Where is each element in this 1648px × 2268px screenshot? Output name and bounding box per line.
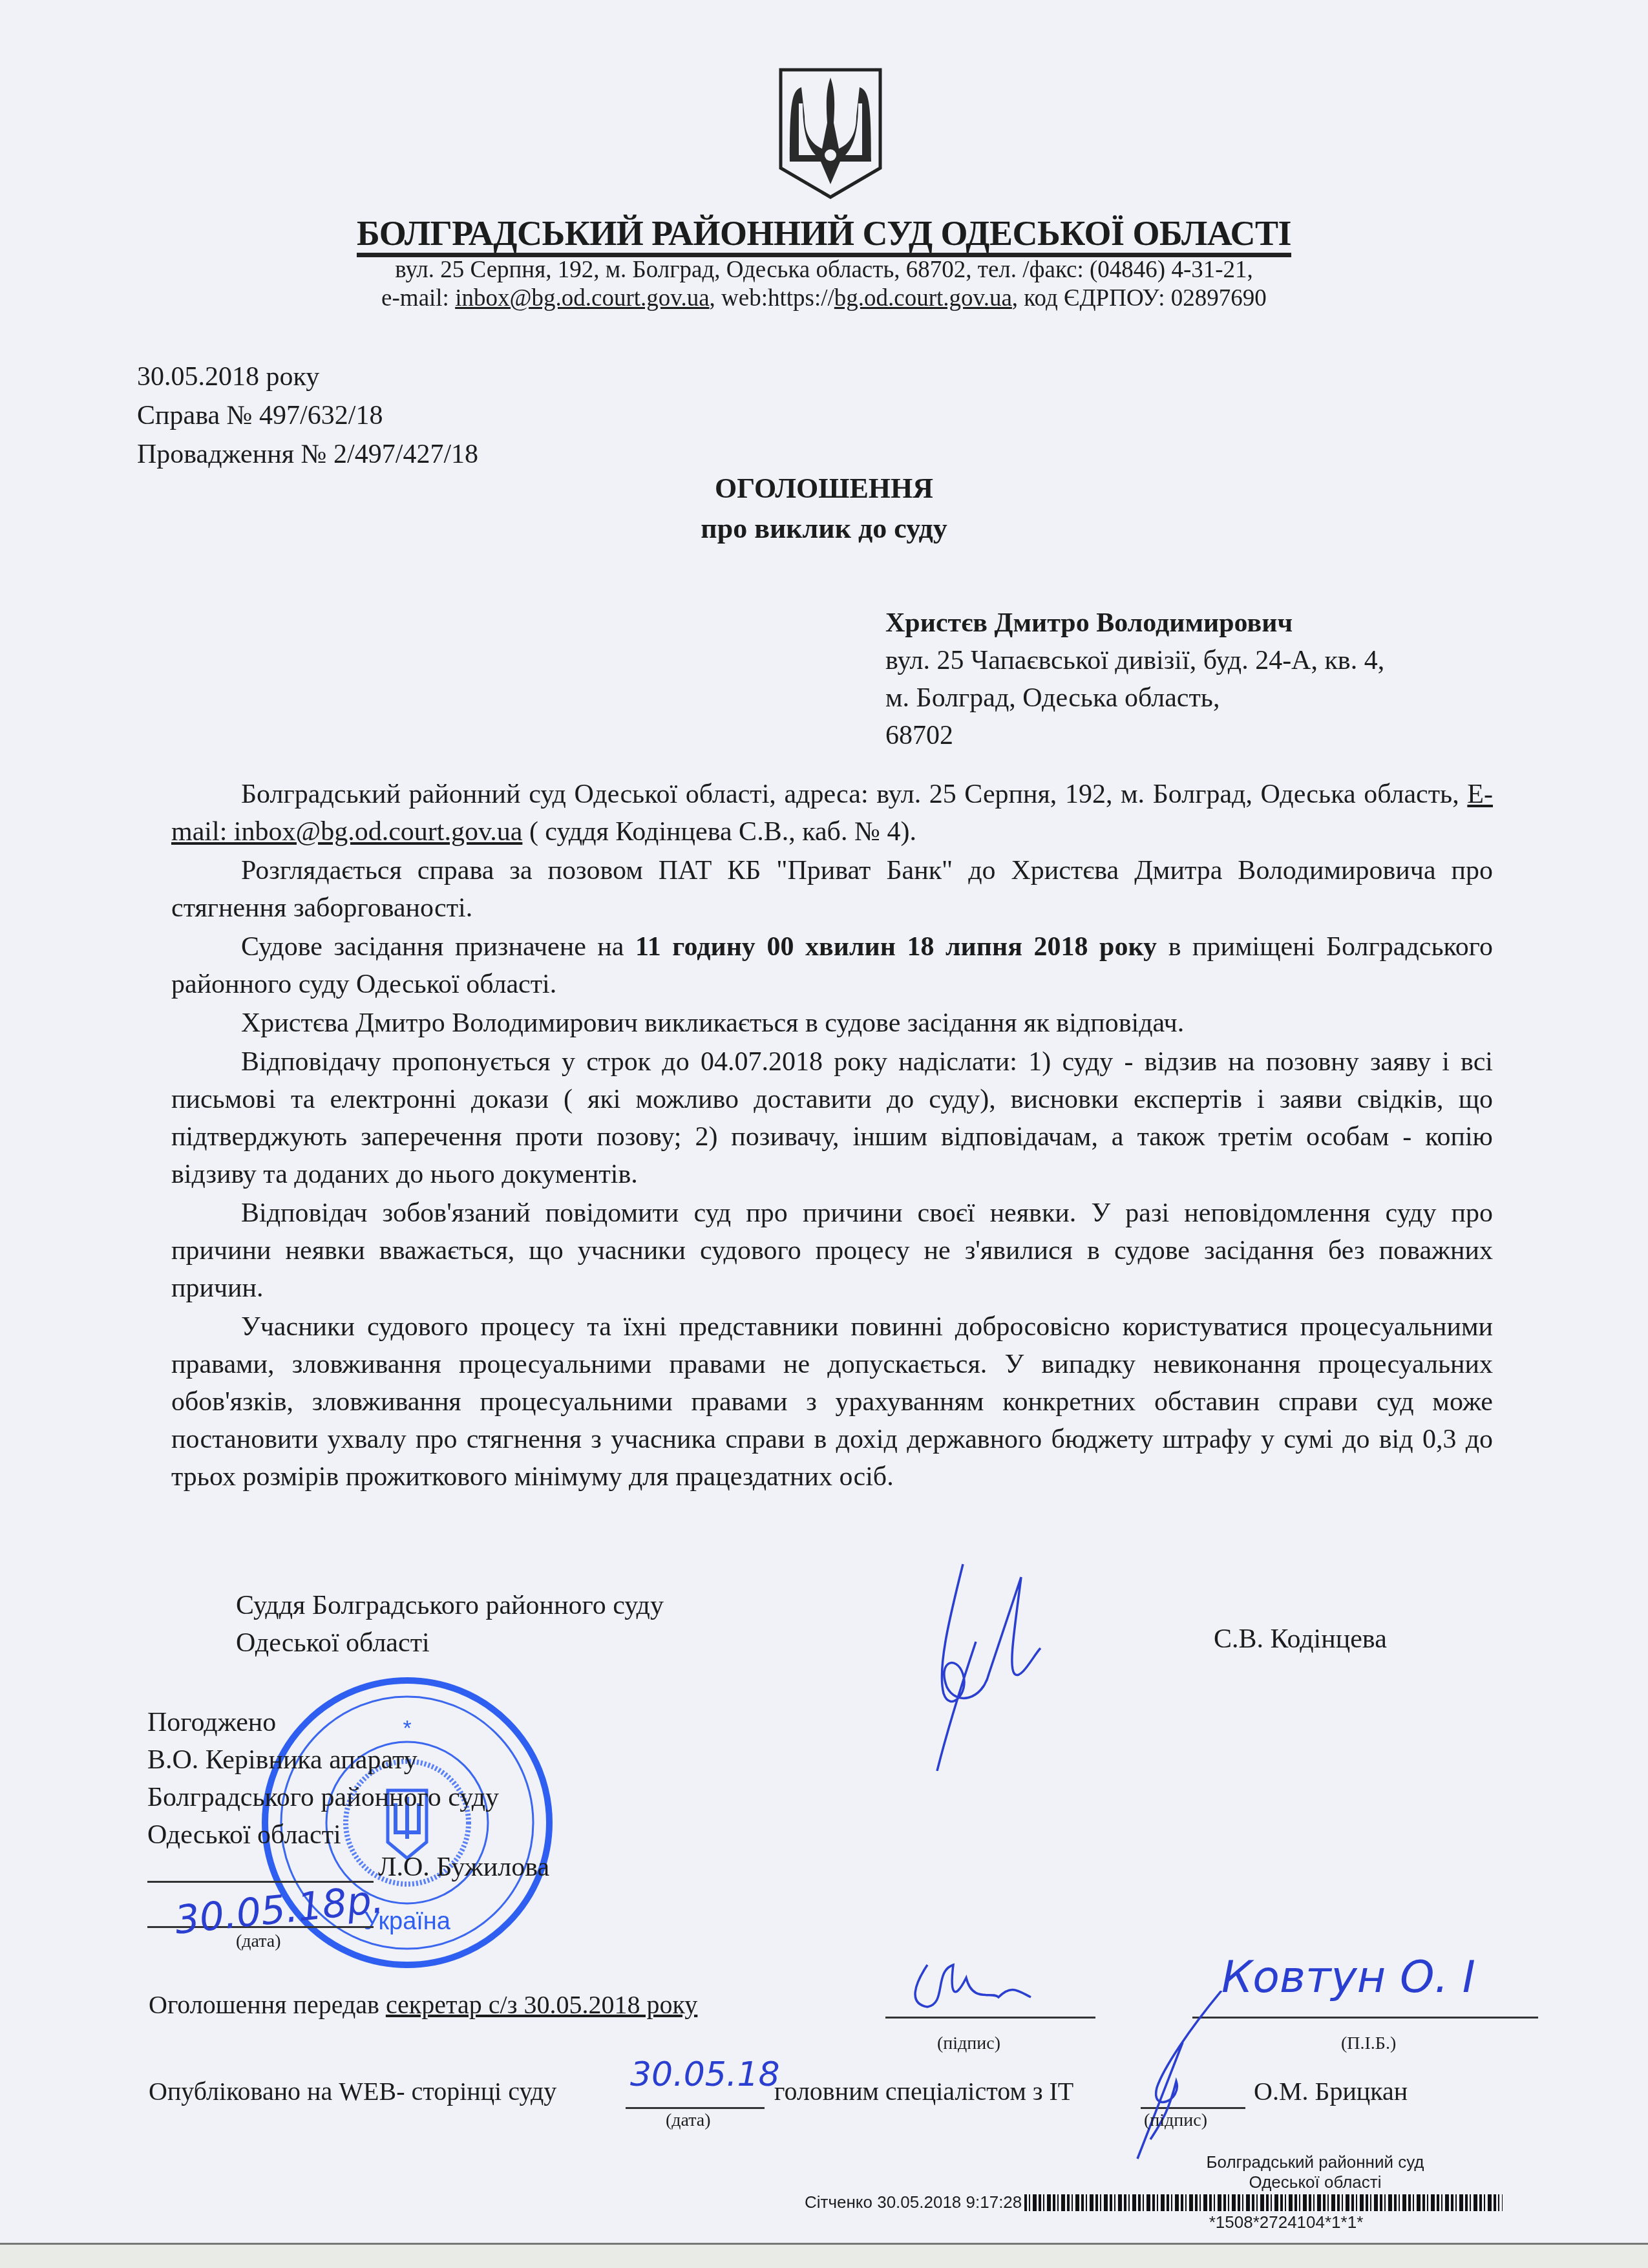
published-by: головним спеціалістом з ІТ xyxy=(774,2076,1073,2106)
page-bottom-edge xyxy=(0,2243,1648,2268)
paragraph-court-address: Болградський районний суд Одеської облас… xyxy=(171,776,1493,851)
hearing-datetime: 11 годину 00 хвилин 18 липня 2018 року xyxy=(635,932,1157,962)
recipient-city: м. Болград, Одеська область, xyxy=(885,679,1384,717)
recipient-zip: 68702 xyxy=(885,717,1384,754)
passed-by-value: секретар с/з 30.05.2018 року xyxy=(386,1990,697,2019)
paragraph-hearing: Судове засідання призначене на 11 годину… xyxy=(171,928,1493,1003)
paragraph-summons: Христєва Дмитро Володимирович викликаєть… xyxy=(171,1004,1493,1042)
published-handwritten-date: 30.05.18 xyxy=(630,2055,780,2094)
notice-title: ОГОЛОШЕННЯ xyxy=(0,469,1648,509)
passed-name-line xyxy=(1192,2017,1538,2019)
notice-body: Болградський районний суд Одеської облас… xyxy=(171,776,1493,1497)
paragraph-response-deadline: Відповідачу пропонується у строк до 04.0… xyxy=(171,1043,1493,1193)
proceeding-number: Провадження № 2/497/427/18 xyxy=(137,435,478,474)
court-contacts: e-mail: inbox@bg.od.court.gov.ua, web:ht… xyxy=(0,284,1648,312)
published-date-label: (дата) xyxy=(666,2110,711,2131)
judge-name: С.В. Кодінцева xyxy=(1214,1624,1387,1655)
case-number: Справа № 497/632/18 xyxy=(137,396,478,435)
trident-crest-icon xyxy=(776,65,885,200)
published-date-line xyxy=(626,2107,765,2109)
court-title: БОЛГРАДСЬКИЙ РАЙОННИЙ СУД ОДЕСЬКОЇ ОБЛАС… xyxy=(0,213,1648,253)
notice-subtitle: про виклик до суду xyxy=(0,509,1648,549)
passed-handwritten-name: Ковтун О. І xyxy=(1221,1952,1475,2003)
approval-date-label: (дата) xyxy=(236,1931,281,1952)
notice-heading: ОГОЛОШЕННЯ про виклик до суду xyxy=(0,469,1648,549)
court-email-link[interactable]: inbox@bg.od.court.gov.ua xyxy=(455,285,709,312)
passed-signature-label: (підпис) xyxy=(937,2033,1000,2054)
approval-name: Л.О. Бужилова xyxy=(378,1852,549,1883)
barcode-text: *1508*2724104*1*1* xyxy=(805,2212,1528,2232)
approval-block: Погоджено В.О. Керівника апарату Болград… xyxy=(147,1704,499,1854)
operator-stamp: Сітченко 30.05.2018 9:17:28 xyxy=(805,2192,1022,2212)
judge-title: Суддя Болградського районного суду Одесь… xyxy=(236,1587,664,1662)
document-date: 30.05.2018 року xyxy=(137,357,478,396)
judge-signature-icon xyxy=(885,1538,1099,1771)
published-name: О.М. Брицкан xyxy=(1254,2076,1408,2106)
passed-by-row: Оголошення передав секретар с/з 30.05.20… xyxy=(149,1989,697,2020)
document-barcode-block: Болградський районний суд Одеської облас… xyxy=(805,2152,1528,2232)
recipient-block: Христєв Дмитро Володимирович вул. 25 Чап… xyxy=(885,604,1384,754)
passed-signature-line xyxy=(885,2017,1095,2019)
paragraph-good-faith: Учасники судового процесу та їхні предст… xyxy=(171,1308,1493,1496)
paragraph-absence: Відповідач зобов'язаний повідомити суд п… xyxy=(171,1194,1493,1307)
recipient-street: вул. 25 Чапаєвської дивізії, буд. 24-А, … xyxy=(885,642,1384,679)
paragraph-case: Розглядається справа за позовом ПАТ КБ "… xyxy=(171,852,1493,927)
case-meta: 30.05.2018 року Справа № 497/632/18 Пров… xyxy=(137,357,478,474)
barcode-icon xyxy=(1024,2194,1503,2211)
published-row: Опубліковано на WEB- сторінці суду xyxy=(149,2076,556,2106)
court-web-link[interactable]: bg.od.court.gov.ua xyxy=(834,285,1012,312)
published-signature-label: (підпис) xyxy=(1144,2110,1207,2131)
passed-signature-icon xyxy=(902,1952,1095,2017)
recipient-name: Христєв Дмитро Володимирович xyxy=(885,604,1384,642)
court-address: вул. 25 Серпня, 192, м. Болград, Одеська… xyxy=(0,256,1648,284)
passed-name-label: (П.І.Б.) xyxy=(1341,2033,1396,2054)
